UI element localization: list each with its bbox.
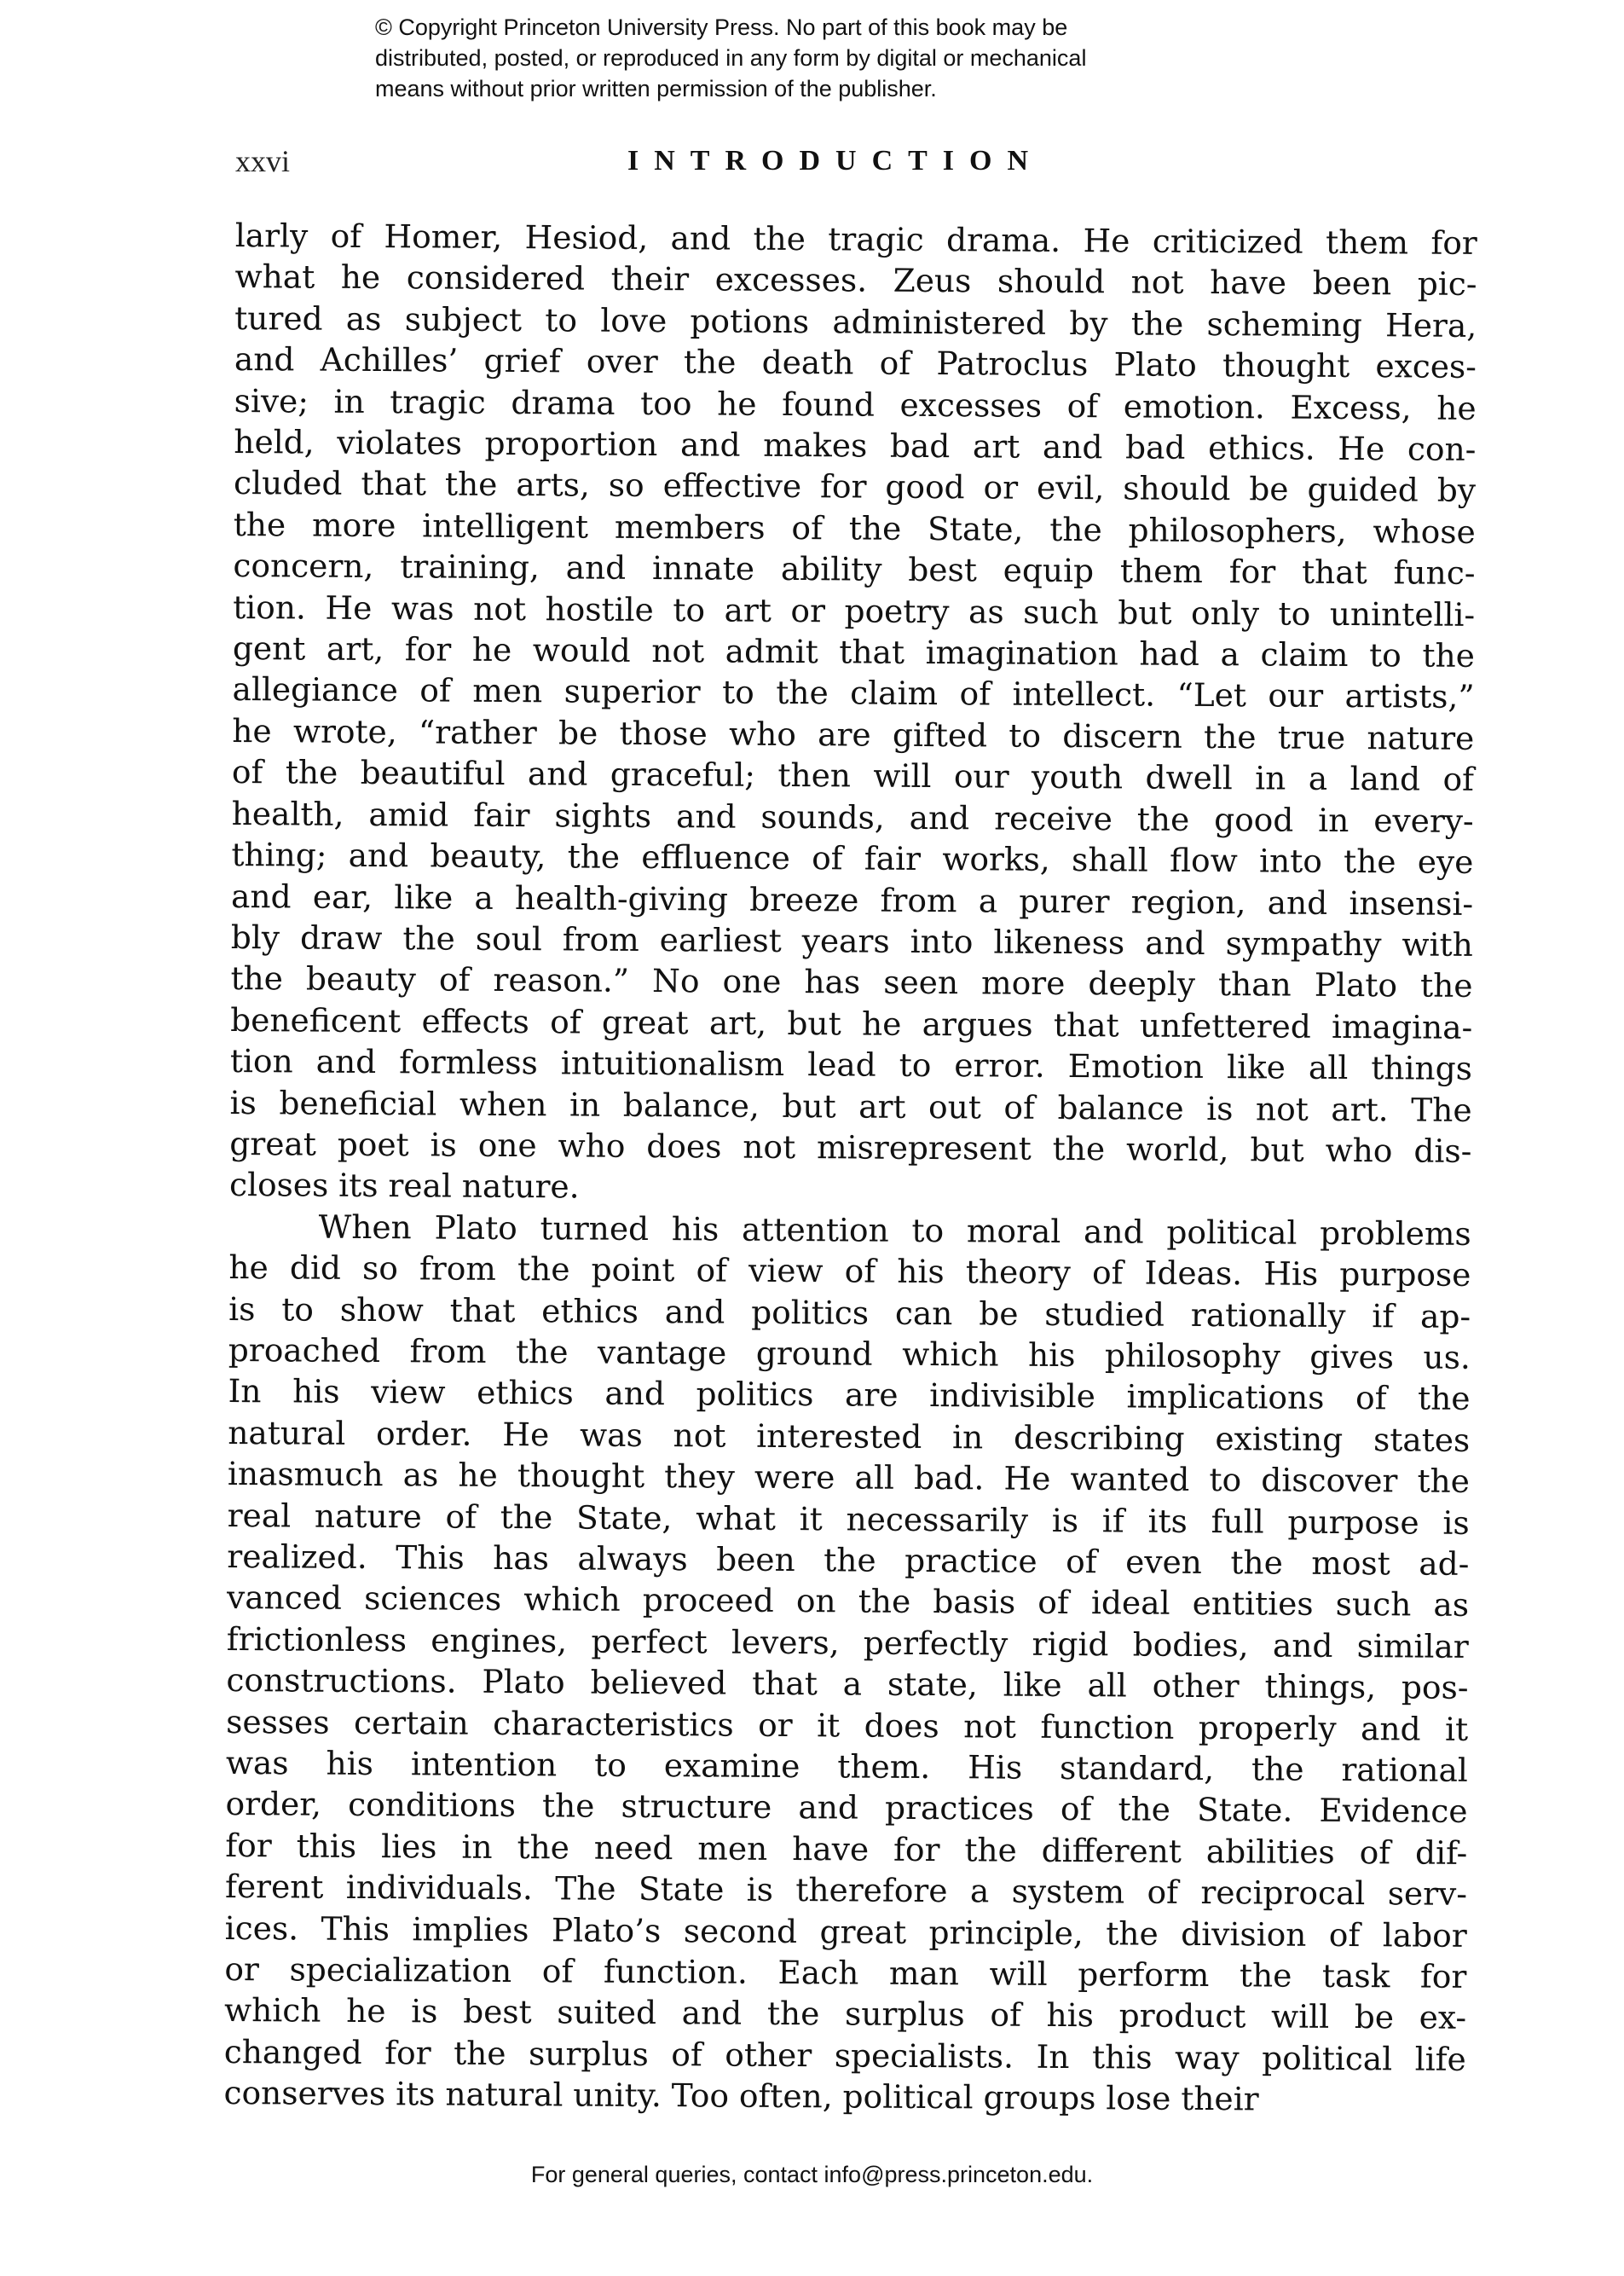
text-line: great poet is one who does not misrepres…	[229, 1123, 1471, 1172]
text-line: larly of Homer, Hesiod, and the tragic d…	[235, 215, 1477, 264]
text-line: closes its real nature.	[229, 1164, 1471, 1213]
footer-contact: For general queries, contact info@press.…	[0, 2162, 1624, 2188]
text-line: tion and formless intuitionalism lead to…	[230, 1040, 1472, 1089]
text-line: the more intelligent members of the Stat…	[234, 504, 1476, 553]
copyright-line: © Copyright Princeton University Press. …	[375, 12, 1228, 43]
text-line: and Achilles’ grief over the death of Pa…	[234, 339, 1477, 387]
text-line: sesses certain characteristics or it doe…	[226, 1701, 1468, 1750]
text-line: sive; in tragic drama too he found exces…	[234, 380, 1477, 429]
text-line: the beauty of reason.” No one has seen m…	[230, 958, 1472, 1006]
text-line: which he is best suited and the surplus …	[224, 1989, 1466, 2038]
text-line: and ear, like a health-giving breeze fro…	[231, 875, 1473, 924]
text-line: realized. This has always been the pract…	[227, 1536, 1469, 1584]
text-line: for this lies in the need men have for t…	[225, 1825, 1467, 1874]
text-line: is beneficial when in balance, but art o…	[229, 1082, 1471, 1131]
text-line: he did so from the point of view of his …	[228, 1247, 1471, 1295]
text-line: tion. He was not hostile to art or poetr…	[233, 587, 1475, 635]
text-line: bly draw the soul from earliest years in…	[231, 917, 1473, 965]
copyright-notice: © Copyright Princeton University Press. …	[375, 12, 1228, 104]
text-line: or specialization of function. Each man …	[224, 1949, 1466, 1997]
text-line: concern, training, and innate ability be…	[233, 545, 1475, 594]
text-line: In his view ethics and politics are indi…	[228, 1370, 1470, 1419]
copyright-line: means without prior written permission o…	[375, 73, 1228, 104]
text-line: gent art, for he would not admit that im…	[233, 628, 1475, 676]
text-line: frictionless engines, perfect levers, pe…	[227, 1619, 1469, 1667]
text-line: cluded that the arts, so effective for g…	[234, 462, 1476, 511]
text-line: real nature of the State, what it necess…	[228, 1495, 1470, 1543]
text-line: constructions. Plato believed that a sta…	[226, 1659, 1468, 1708]
text-line: vanced sciences which proceed on the bas…	[227, 1577, 1469, 1625]
text-line: allegiance of men superior to the claim …	[232, 669, 1474, 717]
text-line: is to show that ethics and politics can …	[228, 1289, 1471, 1337]
text-line: proached from the vantage ground which h…	[228, 1329, 1471, 1378]
text-line: order, conditions the structure and prac…	[225, 1783, 1467, 1832]
section-title: INTRODUCTION	[627, 145, 1043, 177]
text-line: health, amid fair sights and sounds, and…	[232, 793, 1474, 842]
text-line: changed for the surplus of other special…	[224, 2031, 1466, 2080]
text-line: When Plato turned his attention to moral…	[229, 1206, 1471, 1254]
text-line: beneficent effects of great art, but he …	[230, 999, 1472, 1048]
text-line: tured as subject to love potions adminis…	[234, 298, 1477, 346]
text-line: ferent individuals. The State is therefo…	[225, 1866, 1467, 1914]
text-line: inasmuch as he thought they were all bad…	[228, 1453, 1470, 1502]
copyright-line: distributed, posted, or reproduced in an…	[375, 43, 1228, 73]
text-line: what he considered their excesses. Zeus …	[234, 256, 1477, 304]
paragraph: When Plato turned his attention to moral…	[223, 1206, 1471, 2122]
body-text: larly of Homer, Hesiod, and the tragic d…	[223, 215, 1477, 2122]
text-line: was his intention to examine them. His s…	[226, 1742, 1468, 1791]
text-line: conserves its natural unity. Too often, …	[223, 2072, 1465, 2121]
paragraph: larly of Homer, Hesiod, and the tragic d…	[229, 215, 1477, 1213]
text-line: he wrote, “rather be those who are gifte…	[232, 710, 1474, 759]
text-line: thing; and beauty, the effluence of fair…	[231, 834, 1473, 883]
text-line: held, violates proportion and makes bad …	[234, 421, 1476, 470]
page-number: xxvi	[235, 143, 290, 179]
text-line: of the beautiful and graceful; then will…	[232, 751, 1474, 800]
text-line: ices. This implies Plato’s second great …	[225, 1908, 1467, 1956]
running-head: xxvi INTRODUCTION	[235, 143, 1480, 186]
text-line: natural order. He was not interested in …	[228, 1412, 1470, 1461]
